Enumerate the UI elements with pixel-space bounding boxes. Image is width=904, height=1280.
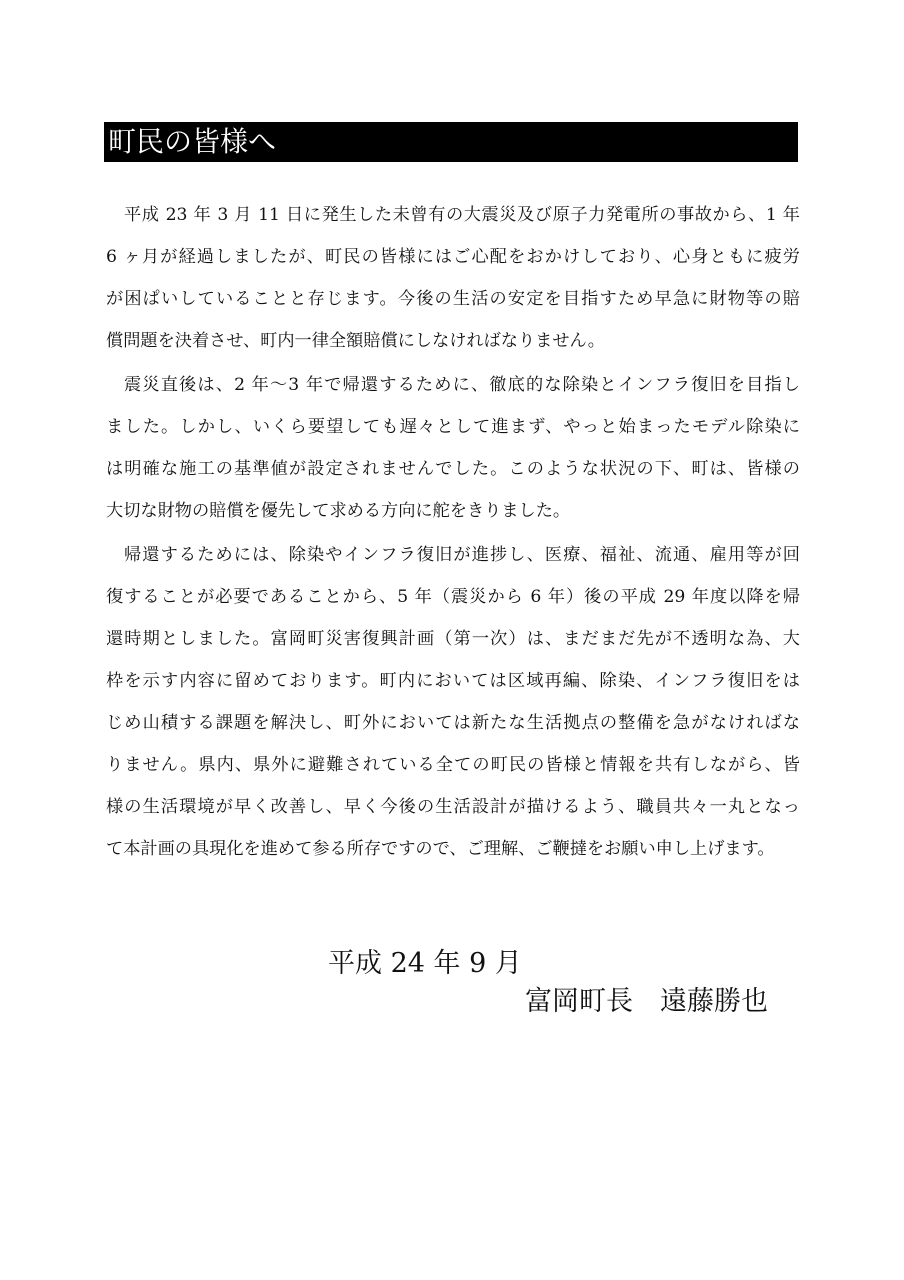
paragraph-3-line-2: 復することが必要であることから、5 年（震災から 6 年）後の平成 29 年度以…: [106, 582, 800, 612]
paragraph-2-line-4: 大切な財物の賠償を優先して求める方向に舵をきりました。: [106, 496, 800, 526]
paragraph-3-line-8: て本計画の具現化を進めて参る所存ですので、ご理解、ご鞭撻をお願い申し上げます。: [106, 834, 800, 864]
paragraph-1-line-4: 償問題を決着させ、町内一律全額賠償にしなければなりません。: [106, 326, 800, 356]
paragraph-3-line-3: 還時期としました。富岡町災害復興計画（第一次）は、まだまだ先が不透明な為、大: [106, 624, 800, 654]
paragraph-1-line-2: 6 ヶ月が経過しましたが、町民の皆様にはご心配をおかけしており、心身ともに疲労: [106, 242, 800, 272]
paragraph-1-line-1: 平成 23 年 3 月 11 日に発生した未曾有の大震災及び原子力発電所の事故か…: [106, 200, 800, 230]
paragraph-1-line-3: が困ぱいしていることと存じます。今後の生活の安定を目指すため早急に財物等の賠: [106, 284, 800, 314]
paragraph-3-line-6: りません。県内、県外に避難されている全ての町民の皆様と情報を共有しながら、皆: [106, 750, 800, 780]
paragraph-3-line-7: 様の生活環境が早く改善し、早く今後の生活設計が描けるよう、職員共々一丸となっ: [106, 792, 800, 822]
paragraph-2-line-2: ました。しかし、いくら要望しても遅々として進まず、やっと始まったモデル除染に: [106, 412, 800, 442]
paragraph-2-line-3: は明確な施工の基準値が設定されませんでした。このような状況の下、町は、皆様の: [106, 454, 800, 484]
paragraph-3-line-4: 枠を示す内容に留めております。町内においては区域再編、除染、インフラ復旧をは: [106, 666, 800, 696]
letter-date: 平成 24 年 9 月: [328, 946, 522, 982]
paragraph-3-line-1: 帰還するためには、除染やインフラ復旧が進捗し、医療、福祉、流通、雇用等が回: [106, 540, 800, 570]
page-title: 町民の皆様へ: [104, 122, 798, 162]
paragraph-3-line-5: じめ山積する課題を解決し、町外においては新たな生活拠点の整備を急がなければな: [106, 708, 800, 738]
paragraph-2-line-1: 震災直後は、2 年～3 年で帰還するために、徹底的な除染とインフラ復旧を目指し: [106, 370, 800, 400]
signature: 富岡町長 遠藤勝也: [525, 984, 768, 1020]
